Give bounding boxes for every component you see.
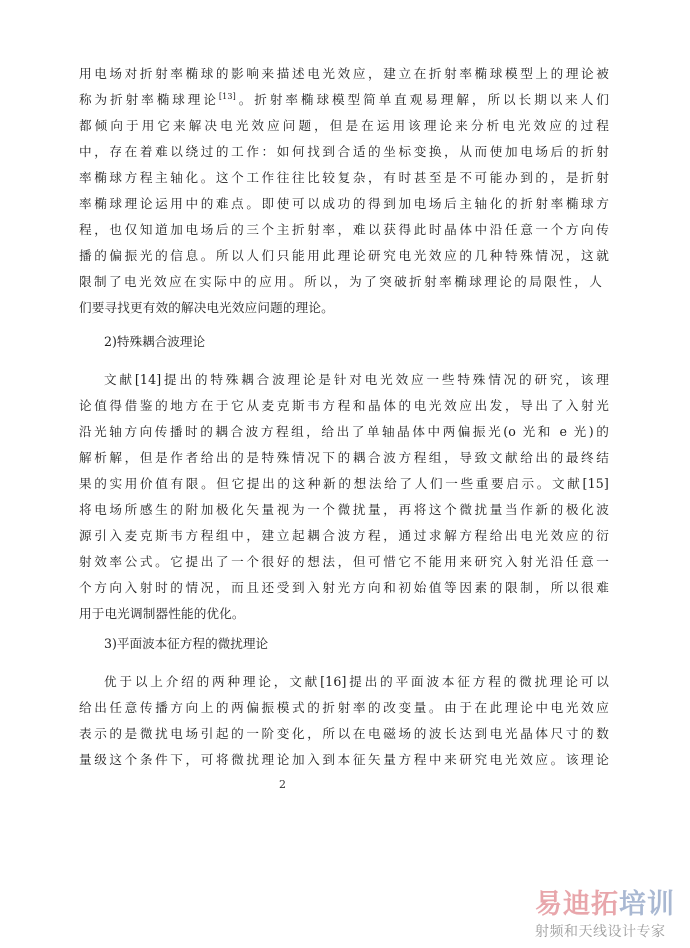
paragraph1-line-6: 率椭球理论运用中的难点。即使可以成功的得到加电场后主轴化的折射率椭球方	[79, 196, 609, 212]
section-heading-3: 3)平面波本征方程的微扰理论	[104, 636, 268, 652]
paragraph2-line-10: 用于电光调制器性能的优化。	[79, 606, 609, 622]
paragraph1-line-10: 们要寻找更有效的解决电光效应问题的理论。	[79, 300, 609, 316]
paragraph3-line-1: 优于以上介绍的两种理论，文献[16]提出的平面波本征方程的微扰理论可以	[104, 674, 609, 690]
paragraph2-line-9: 个方向入射时的情况，而且还受到入射光方向和初始值等因素的限制，所以很难	[79, 580, 609, 596]
paragraph3-line-4: 量级这个条件下，可将微扰理论加入到本征矢量方程中来研究电光效应。该理论	[79, 752, 609, 768]
watermark-brand: 易迪拓培训	[535, 890, 685, 920]
paragraph2-line-4: 解析解，但是作者给出的是特殊情况下的耦合波方程组，导致文献给出的最终结	[79, 450, 609, 466]
paragraph1-line-5: 率椭球方程主轴化。这个工作往往比较复杂，有时甚至是不可能办到的，是折射	[79, 170, 609, 186]
watermark-brand-part1: 易迪拓	[535, 889, 619, 920]
paragraph1-line-4: 中，存在着难以绕过的工作：如何找到合适的坐标变换，从而使加电场后的折射	[79, 144, 609, 160]
paragraph2-line-6: 将电场所感生的附加极化矢量视为一个微扰量，再将这个微扰量当作新的极化波	[79, 502, 609, 518]
paragraph3-line-2: 给出任意传播方向上的两偏振模式的折射率的改变量。由于在此理论中电光效应	[79, 700, 609, 716]
paragraph1-line-3: 都倾向于用它来解决电光效应问题，但是在运用该理论来分析电光效应的过程	[79, 118, 609, 134]
paragraph1-line-2: 称为折射率椭球理论[13]。折射率椭球模型简单直观易理解，所以长期以来人们	[79, 92, 609, 108]
paragraph3-line-3: 表示的是微扰电场引起的一阶变化，所以在电磁场的波长达到电光晶体尺寸的数	[79, 726, 609, 742]
citation-13: [13]	[219, 92, 236, 101]
watermark-tagline: 射频和天线设计专家	[535, 921, 685, 941]
paragraph1-line-2-text: 称为折射率椭球理论	[79, 92, 219, 107]
paragraph2-line-7: 源引入麦克斯韦方程组中，建立起耦合波方程，通过求解方程给出电光效应的衍	[79, 528, 609, 544]
paragraph1-line-1: 用电场对折射率椭球的影响来描述电光效应，建立在折射率椭球模型上的理论被	[79, 66, 609, 82]
paragraph2-line-5: 果的实用价值有限。但它提出的这种新的想法给了人们一些重要启示。文献[15]	[79, 476, 609, 492]
paragraph2-line-1: 文献[14]提出的特殊耦合波理论是针对电光效应一些特殊情况的研究，该理	[104, 372, 609, 388]
paragraph2-line-3: 沿光轴方向传播时的耦合波方程组，给出了单轴晶体中两偏振光(o 光和 e 光)的	[79, 424, 609, 440]
paragraph1-line-8: 播的偏振光的信息。所以人们只能用此理论研究电光效应的几种特殊情况，这就	[79, 248, 609, 264]
page-number: 2	[279, 778, 286, 791]
paragraph1-line-7: 程，也仅知道加电场后的三个主折射率，难以获得此时晶体中沿任意一个方向传	[79, 222, 609, 238]
paragraph2-line-8: 射效率公式。它提出了一个很好的想法，但可惜它不能用来研究入射光沿任意一	[79, 554, 609, 570]
document-page: 用电场对折射率椭球的影响来描述电光效应，建立在折射率椭球模型上的理论被 称为折射…	[0, 0, 690, 948]
section-heading-2: 2)特殊耦合波理论	[104, 334, 205, 350]
paragraph1-line-2-rest: 。折射率椭球模型简单直观易理解，所以长期以来人们	[236, 92, 609, 107]
watermark-logo: 易迪拓培训 射频和天线设计专家	[535, 890, 685, 941]
paragraph2-line-2: 论值得借鉴的地方在于它从麦克斯韦方程和晶体的电光效应出发，导出了入射光	[79, 398, 609, 414]
watermark-brand-part2: 培训	[619, 889, 675, 920]
paragraph1-line-9: 限制了电光效应在实际中的应用。所以，为了突破折射率椭球理论的局限性，人	[79, 274, 602, 290]
